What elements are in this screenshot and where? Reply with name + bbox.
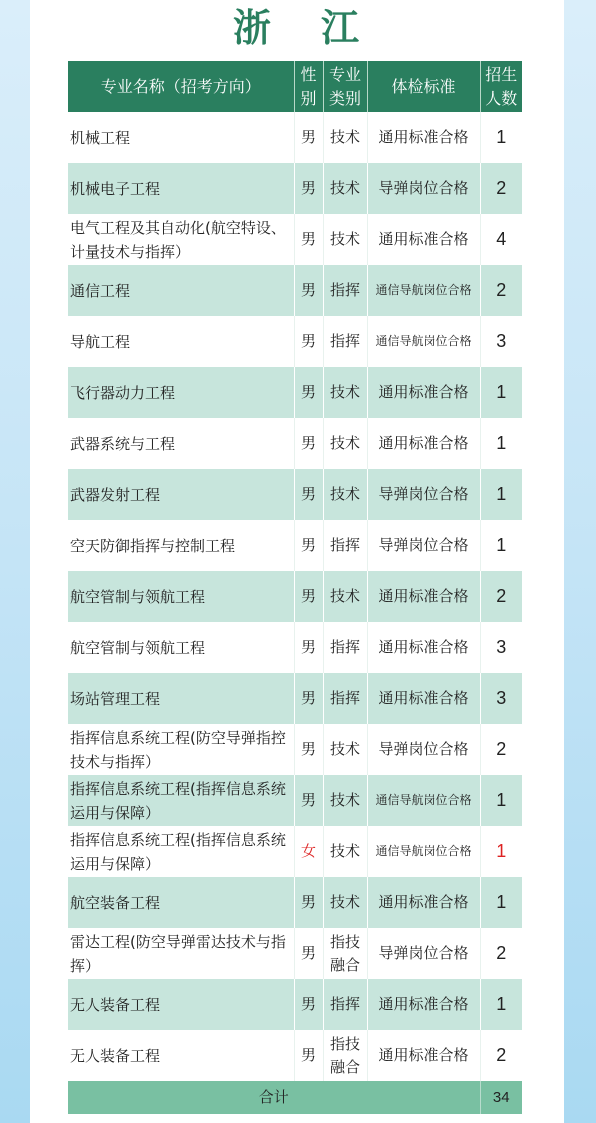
table-row: 机械工程男技术通用标准合格1 (68, 112, 522, 163)
major-cell: 机械电子工程 (68, 163, 294, 214)
gender-cell: 男 (294, 367, 323, 418)
table-row: 飞行器动力工程男技术通用标准合格1 (68, 367, 522, 418)
title-char-2: 江 (321, 4, 361, 52)
category-cell: 技术 (323, 775, 367, 826)
category-cell: 技术 (323, 877, 367, 928)
count-cell: 1 (480, 367, 522, 418)
count-cell: 1 (480, 775, 522, 826)
major-cell: 场站管理工程 (68, 673, 294, 724)
physical-standard-cell: 通用标准合格 (367, 1030, 480, 1081)
table-row: 无人装备工程男指挥通用标准合格1 (68, 979, 522, 1030)
count-cell: 1 (480, 979, 522, 1030)
major-cell: 指挥信息系统工程(指挥信息系统运用与保障） (68, 775, 294, 826)
count-cell: 4 (480, 214, 522, 265)
major-cell: 航空管制与领航工程 (68, 571, 294, 622)
physical-standard-cell: 导弹岗位合格 (367, 928, 480, 979)
physical-standard-cell: 导弹岗位合格 (367, 520, 480, 571)
physical-standard-cell: 通信导航岗位合格 (367, 826, 480, 877)
header-physical: 体检标准 (367, 61, 480, 112)
major-cell: 电气工程及其自动化(航空特设、计量技术与指挥） (68, 214, 294, 265)
gender-cell: 男 (294, 163, 323, 214)
count-cell: 3 (480, 622, 522, 673)
physical-standard-cell: 通信导航岗位合格 (367, 316, 480, 367)
physical-standard-cell: 通用标准合格 (367, 673, 480, 724)
category-cell: 技术 (323, 724, 367, 775)
category-cell: 指挥 (323, 520, 367, 571)
count-cell: 1 (480, 112, 522, 163)
count-cell: 1 (480, 469, 522, 520)
table-row: 空天防御指挥与控制工程男指挥导弹岗位合格1 (68, 520, 522, 571)
gender-cell: 男 (294, 520, 323, 571)
major-cell: 武器发射工程 (68, 469, 294, 520)
page-title: 浙江 (30, 4, 564, 52)
major-cell: 武器系统与工程 (68, 418, 294, 469)
physical-standard-cell: 通用标准合格 (367, 367, 480, 418)
table-row: 电气工程及其自动化(航空特设、计量技术与指挥）男技术通用标准合格4 (68, 214, 522, 265)
category-cell: 技术 (323, 418, 367, 469)
major-cell: 无人装备工程 (68, 1030, 294, 1081)
table-row: 雷达工程(防空导弹雷达技术与指挥）男指技融合导弹岗位合格2 (68, 928, 522, 979)
count-cell: 2 (480, 928, 522, 979)
table-row: 航空装备工程男技术通用标准合格1 (68, 877, 522, 928)
physical-standard-cell: 通信导航岗位合格 (367, 775, 480, 826)
category-cell: 技术 (323, 163, 367, 214)
gender-cell: 男 (294, 112, 323, 163)
table-row: 场站管理工程男指挥通用标准合格3 (68, 673, 522, 724)
category-cell: 技术 (323, 826, 367, 877)
count-cell: 1 (480, 826, 522, 877)
category-cell: 技术 (323, 367, 367, 418)
gender-cell: 男 (294, 469, 323, 520)
header-category: 专业类别 (323, 61, 367, 112)
category-cell: 指挥 (323, 979, 367, 1030)
count-cell: 1 (480, 520, 522, 571)
count-cell: 2 (480, 163, 522, 214)
gender-cell: 男 (294, 214, 323, 265)
physical-standard-cell: 通用标准合格 (367, 622, 480, 673)
major-cell: 航空管制与领航工程 (68, 622, 294, 673)
table-header-row: 专业名称（招考方向） 性别 专业类别 体检标准 招生人数 (68, 61, 522, 112)
table-row: 航空管制与领航工程男技术通用标准合格2 (68, 571, 522, 622)
count-cell: 1 (480, 418, 522, 469)
category-cell: 指技融合 (323, 1030, 367, 1081)
gender-cell: 男 (294, 979, 323, 1030)
physical-standard-cell: 通用标准合格 (367, 877, 480, 928)
table-row: 无人装备工程男指技融合通用标准合格2 (68, 1030, 522, 1081)
total-label: 合计 (68, 1081, 480, 1114)
table-row: 指挥信息系统工程(指挥信息系统运用与保障）男技术通信导航岗位合格1 (68, 775, 522, 826)
count-cell: 2 (480, 265, 522, 316)
total-row: 合计 34 (68, 1081, 522, 1114)
header-major: 专业名称（招考方向） (68, 61, 294, 112)
physical-standard-cell: 导弹岗位合格 (367, 724, 480, 775)
physical-standard-cell: 通用标准合格 (367, 571, 480, 622)
physical-standard-cell: 通用标准合格 (367, 112, 480, 163)
category-cell: 技术 (323, 571, 367, 622)
gender-cell: 男 (294, 418, 323, 469)
header-count: 招生人数 (480, 61, 522, 112)
gender-cell: 女 (294, 826, 323, 877)
major-cell: 空天防御指挥与控制工程 (68, 520, 294, 571)
gender-cell: 男 (294, 877, 323, 928)
major-cell: 指挥信息系统工程(防空导弹指控技术与指挥） (68, 724, 294, 775)
major-cell: 无人装备工程 (68, 979, 294, 1030)
major-cell: 机械工程 (68, 112, 294, 163)
gender-cell: 男 (294, 622, 323, 673)
gender-cell: 男 (294, 571, 323, 622)
category-cell: 技术 (323, 469, 367, 520)
gender-cell: 男 (294, 928, 323, 979)
category-cell: 指挥 (323, 316, 367, 367)
table-row: 指挥信息系统工程(指挥信息系统运用与保障）女技术通信导航岗位合格1 (68, 826, 522, 877)
title-char-1: 浙 (233, 4, 273, 52)
physical-standard-cell: 通信导航岗位合格 (367, 265, 480, 316)
count-cell: 3 (480, 316, 522, 367)
category-cell: 指挥 (323, 673, 367, 724)
category-cell: 技术 (323, 214, 367, 265)
major-cell: 飞行器动力工程 (68, 367, 294, 418)
count-cell: 1 (480, 877, 522, 928)
count-cell: 2 (480, 571, 522, 622)
table-row: 航空管制与领航工程男指挥通用标准合格3 (68, 622, 522, 673)
table-row: 通信工程男指挥通信导航岗位合格2 (68, 265, 522, 316)
category-cell: 指挥 (323, 622, 367, 673)
physical-standard-cell: 导弹岗位合格 (367, 163, 480, 214)
category-cell: 技术 (323, 112, 367, 163)
gender-cell: 男 (294, 724, 323, 775)
gender-cell: 男 (294, 775, 323, 826)
total-count: 34 (480, 1081, 522, 1114)
physical-standard-cell: 通用标准合格 (367, 418, 480, 469)
physical-standard-cell: 通用标准合格 (367, 214, 480, 265)
category-cell: 指技融合 (323, 928, 367, 979)
major-cell: 通信工程 (68, 265, 294, 316)
count-cell: 2 (480, 724, 522, 775)
enrollment-table: 专业名称（招考方向） 性别 专业类别 体检标准 招生人数 机械工程男技术通用标准… (68, 61, 522, 1114)
major-cell: 导航工程 (68, 316, 294, 367)
table-row: 导航工程男指挥通信导航岗位合格3 (68, 316, 522, 367)
table-row: 机械电子工程男技术导弹岗位合格2 (68, 163, 522, 214)
major-cell: 指挥信息系统工程(指挥信息系统运用与保障） (68, 826, 294, 877)
gender-cell: 男 (294, 265, 323, 316)
gender-cell: 男 (294, 673, 323, 724)
major-cell: 航空装备工程 (68, 877, 294, 928)
category-cell: 指挥 (323, 265, 367, 316)
physical-standard-cell: 通用标准合格 (367, 979, 480, 1030)
table-row: 指挥信息系统工程(防空导弹指控技术与指挥）男技术导弹岗位合格2 (68, 724, 522, 775)
major-cell: 雷达工程(防空导弹雷达技术与指挥） (68, 928, 294, 979)
table-row: 武器系统与工程男技术通用标准合格1 (68, 418, 522, 469)
gender-cell: 男 (294, 316, 323, 367)
gender-cell: 男 (294, 1030, 323, 1081)
physical-standard-cell: 导弹岗位合格 (367, 469, 480, 520)
count-cell: 2 (480, 1030, 522, 1081)
header-gender: 性别 (294, 61, 323, 112)
count-cell: 3 (480, 673, 522, 724)
table-row: 武器发射工程男技术导弹岗位合格1 (68, 469, 522, 520)
